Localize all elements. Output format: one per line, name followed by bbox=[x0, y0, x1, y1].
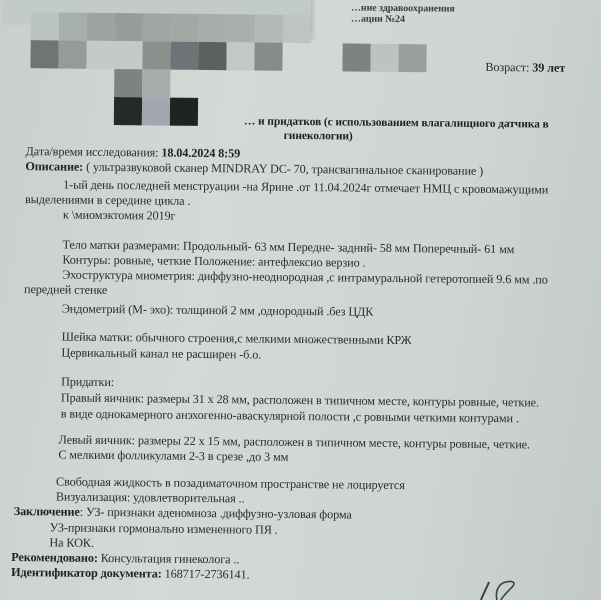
recommended-value: Консультация гинеколога .. bbox=[101, 551, 240, 566]
redaction-cell bbox=[86, 41, 114, 69]
redaction-cell bbox=[115, 13, 143, 41]
redaction-cell bbox=[198, 42, 226, 70]
redaction-cell bbox=[114, 41, 142, 69]
redaction-cell bbox=[59, 12, 87, 40]
signature bbox=[467, 578, 527, 600]
redaction-cell bbox=[3, 0, 31, 25]
description: Описание: ( ультразвуковой сканер MINDRA… bbox=[25, 159, 483, 179]
exam-datetime-label: Дата/время исследования: bbox=[25, 144, 158, 159]
redaction-cell bbox=[342, 43, 370, 71]
conclusion-line3: На КОК. bbox=[49, 535, 94, 550]
endometrium: Эндометрий (М- эхо): толщиной 2 мм ,одно… bbox=[62, 302, 374, 320]
cervix-line2: Цервикальный канал не расширен -б.о. bbox=[61, 346, 261, 363]
org-line2: …ации №24 bbox=[351, 14, 405, 26]
title-line2: гинекологии) bbox=[284, 130, 353, 143]
redaction-cell bbox=[370, 44, 398, 72]
document-id: Идентификатор документа: 168717-2736141. bbox=[11, 565, 249, 582]
redaction-cell bbox=[87, 13, 115, 41]
myometrium-line2: передней стенке bbox=[24, 282, 107, 298]
redaction-cell bbox=[254, 43, 282, 71]
redaction-cell bbox=[171, 14, 199, 42]
redaction-cell bbox=[398, 44, 426, 72]
myometrium-line1: Эхоструктура миометрия: диффузно-неоднор… bbox=[62, 268, 548, 288]
redaction-cell bbox=[142, 69, 170, 97]
redaction-cell bbox=[30, 40, 58, 68]
redaction-cell bbox=[58, 40, 86, 68]
redaction-cell bbox=[199, 14, 227, 42]
redaction-cell bbox=[114, 97, 142, 125]
redaction-cell bbox=[283, 15, 311, 43]
redaction-cell bbox=[170, 42, 198, 70]
adnexa-label: Придатки: bbox=[61, 375, 114, 391]
left-ovary-line2: С мелкими фолликулами 2-3 в срезе ,до 3 … bbox=[58, 447, 288, 464]
lmp-line2: выделениями в середине цикла . bbox=[25, 192, 190, 209]
redaction-cell bbox=[142, 97, 170, 125]
age-label: Возраст: bbox=[485, 60, 529, 74]
description-label: Описание: bbox=[25, 159, 83, 174]
document-page: …ние здравоохранения …ации №24 Возраст: … bbox=[0, 0, 601, 600]
recommended-label: Рекомендовано: bbox=[11, 550, 98, 565]
redaction-cell bbox=[114, 69, 142, 97]
redaction-cell bbox=[170, 98, 198, 126]
redaction-cell bbox=[255, 15, 283, 43]
redaction-cell bbox=[142, 41, 170, 69]
history: к \миомэктомия 2019г bbox=[63, 208, 176, 224]
redaction-cell bbox=[227, 14, 255, 42]
age-value: 39 лет bbox=[532, 60, 565, 74]
exam-datetime-value: 18.04.2024 8:59 bbox=[161, 146, 240, 161]
document-id-label: Идентификатор документа: bbox=[11, 565, 162, 581]
patient-age: Возраст: 39 лет bbox=[485, 60, 565, 76]
conclusion-label: Заключение bbox=[14, 504, 80, 519]
document-id-value: 168717-2736141. bbox=[165, 567, 250, 582]
redaction-cell bbox=[226, 42, 254, 70]
redaction-cell bbox=[31, 12, 59, 40]
conclusion-line1: : УЗ- признаки аденомиоза .диффузно-узло… bbox=[80, 505, 352, 522]
title-line1: … и придатков (с использованием влагалищ… bbox=[244, 115, 549, 130]
scanner-info: ( ультразвуковой сканер MINDRAY DC- 70, … bbox=[86, 160, 483, 178]
redaction-cell bbox=[143, 13, 171, 41]
